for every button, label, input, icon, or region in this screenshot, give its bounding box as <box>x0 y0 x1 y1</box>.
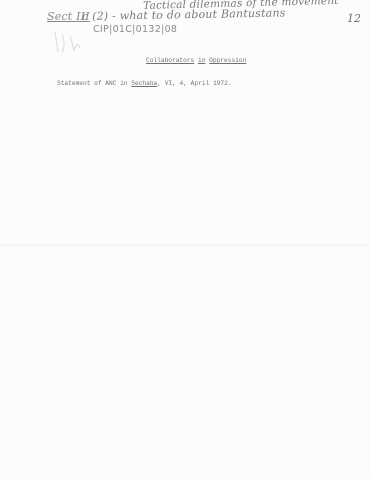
page-number: 12 <box>347 12 361 25</box>
pencil-scribble-icon <box>50 30 90 55</box>
statement-citation: Statement of ANC in Sechaba, VI, 4, Apri… <box>57 80 232 87</box>
paper-fold-line <box>0 243 370 247</box>
title-word-1: Collaborators <box>146 57 194 64</box>
statement-prefix: Statement of ANC in <box>57 80 131 87</box>
document-title: Collaborators in Oppression <box>146 57 246 64</box>
archive-reference: CIP|01C|0132|08 <box>93 24 177 35</box>
statement-source: Sechaba <box>131 80 157 87</box>
document-page: Tactical dilemmas of the movement Sect I… <box>0 0 370 479</box>
statement-suffix: , VI, 4, April 1972. <box>157 80 231 87</box>
title-word-2: in <box>198 57 205 64</box>
handwritten-note-line2: c (2) - what to do about Bantustans <box>82 6 286 23</box>
title-word-3: Oppression <box>209 57 246 64</box>
